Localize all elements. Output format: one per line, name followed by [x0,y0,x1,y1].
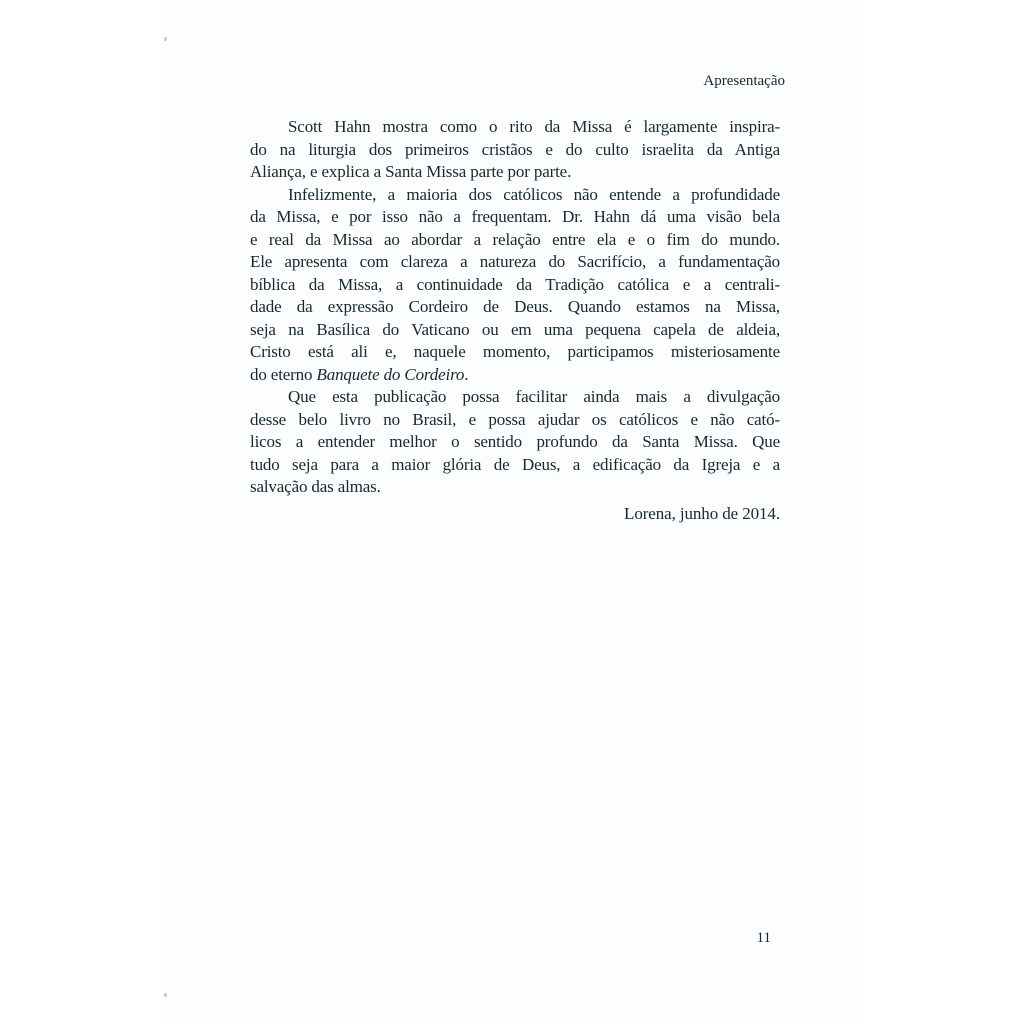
body-text: do eterno [250,365,316,384]
body-text: licos a entender melhor o sentido profun… [250,432,780,451]
body-text: Scott Hahn mostra como o rito da Missa é… [288,117,780,136]
page-number: 11 [250,929,771,947]
text-line: Scott Hahn mostra como o rito da Missa é… [250,116,780,139]
body-text: Infelizmente, a maioria dos católicos nã… [288,185,780,204]
body-text: Cristo está ali e, naquele momento, part… [250,342,780,361]
text-line: salvação das almas. [250,476,780,499]
body-text: e real da Missa ao abordar a relação ent… [250,230,780,249]
date-line: Lorena, junho de 2014. [250,503,780,526]
text-line: Aliança, e explica a Santa Missa parte p… [250,161,780,184]
text-line: seja na Basílica do Vaticano ou em uma p… [250,319,780,342]
text-line: Que esta publicação possa facilitar aind… [250,386,780,409]
body-text: do na liturgia dos primeiros cristãos e … [250,140,780,159]
running-header: Apresentação [250,72,785,90]
italic-text: Banquete do Cordeiro [316,365,464,384]
body-text: . [464,365,468,384]
text-line: Infelizmente, a maioria dos católicos nã… [250,184,780,207]
text-line: desse belo livro no Brasil, e possa ajud… [250,409,780,432]
body-text: seja na Basílica do Vaticano ou em uma p… [250,320,780,339]
body-text: bíblica da Missa, a continuidade da Trad… [250,275,780,294]
body-text: salvação das almas. [250,477,381,496]
body-text: desse belo livro no Brasil, e possa ajud… [250,410,780,429]
text-line: do na liturgia dos primeiros cristãos e … [250,139,780,162]
text-line: dade da expressão Cordeiro de Deus. Quan… [250,296,780,319]
text-line: bíblica da Missa, a continuidade da Trad… [250,274,780,297]
body-text: dade da expressão Cordeiro de Deus. Quan… [250,297,780,316]
text-line: Ele apresenta com clareza a natureza do … [250,251,780,274]
paragraph: Infelizmente, a maioria dos católicos nã… [250,184,780,387]
body-text: Que esta publicação possa facilitar aind… [288,387,780,406]
body-text: da Missa, e por isso não a frequentam. D… [250,207,780,226]
text-line: licos a entender melhor o sentido profun… [250,431,780,454]
text-line: tudo seja para a maior glória de Deus, a… [250,454,780,477]
scan-speck [164,37,167,41]
body-text: Aliança, e explica a Santa Missa parte p… [250,162,571,181]
body-text: Ele apresenta com clareza a natureza do … [250,252,780,271]
text-block: Scott Hahn mostra como o rito da Missa é… [250,116,780,499]
scan-speck [164,993,167,997]
paragraph: Que esta publicação possa facilitar aind… [250,386,780,499]
text-line: Cristo está ali e, naquele momento, part… [250,341,780,364]
text-line: da Missa, e por isso não a frequentam. D… [250,206,780,229]
paragraph: Scott Hahn mostra como o rito da Missa é… [250,116,780,184]
body-text: tudo seja para a maior glória de Deus, a… [250,455,780,474]
text-line: do eterno Banquete do Cordeiro. [250,364,780,387]
text-line: e real da Missa ao abordar a relação ent… [250,229,780,252]
